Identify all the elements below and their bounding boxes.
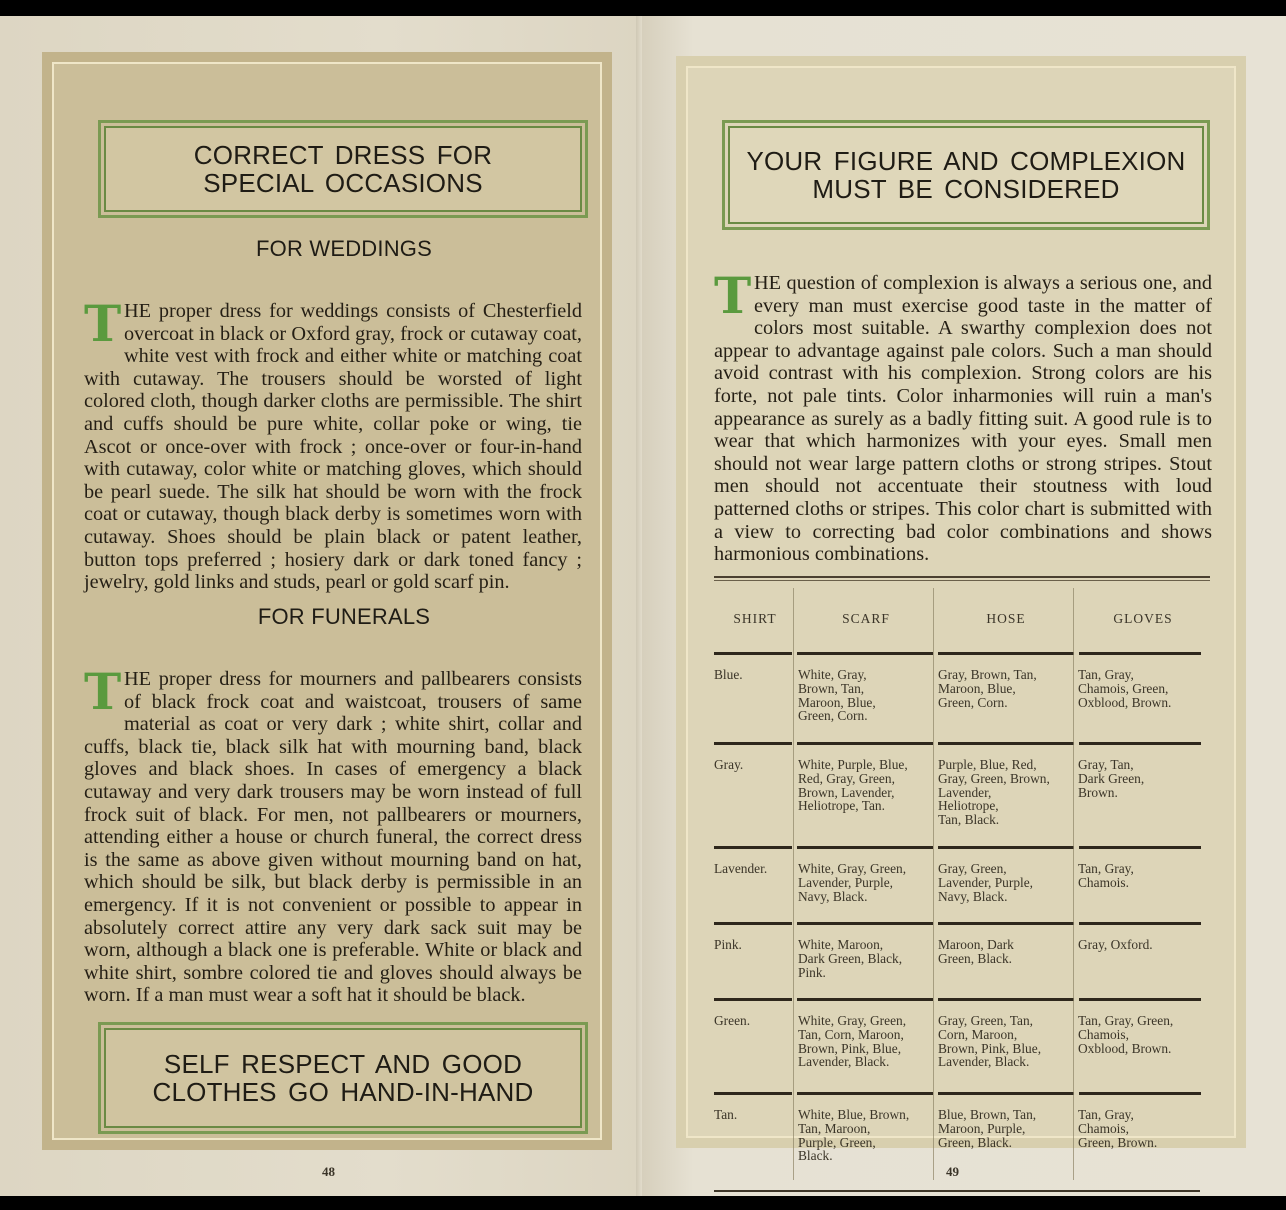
- page-title-box: YOUR FIGURE AND COMPLEXION MUST BE CONSI…: [722, 120, 1210, 230]
- cell-line: Blue, Brown, Tan,: [938, 1108, 1076, 1122]
- gloves-cell: Gray, Tan,Dark Green,Brown.: [1076, 758, 1210, 844]
- cell-line: Tan, Gray,: [1078, 1108, 1210, 1122]
- motto-line: CLOTHES GO HAND-IN-HAND: [153, 1078, 534, 1106]
- scarf-cell: White, Gray,Brown, Tan,Maroon, Blue,Gree…: [796, 668, 936, 740]
- cell-line: Gray, Tan,: [1078, 758, 1210, 772]
- cell-line: Maroon, Purple,: [938, 1122, 1076, 1136]
- cell-line: White, Gray, Green,: [798, 1014, 936, 1028]
- chart-row: Pink.White, Maroon,Dark Green, Black,Pin…: [714, 926, 1210, 996]
- cell-line: Brown, Lavender,: [798, 786, 936, 800]
- cell-line: Gray, Brown, Tan,: [938, 668, 1076, 682]
- cell-line: Dark Green, Black,: [798, 952, 936, 966]
- cell-line: Gray, Green,: [938, 862, 1076, 876]
- column-header-gloves: GLOVES: [1076, 611, 1210, 627]
- right-page: YOUR FIGURE AND COMPLEXION MUST BE CONSI…: [642, 16, 1286, 1196]
- color-chart: SHIRT SCARF HOSE GLOVES Blue.White, Gray…: [714, 588, 1210, 1192]
- chart-row: Green.White, Gray, Green,Tan, Corn, Maro…: [714, 1002, 1210, 1090]
- drop-cap: T: [84, 304, 120, 348]
- cell-line: White, Purple, Blue,: [798, 758, 936, 772]
- shirt-cell: Blue.: [714, 668, 796, 740]
- cell-line: Navy, Black.: [798, 890, 936, 904]
- cell-line: Corn, Maroon,: [938, 1028, 1076, 1042]
- drop-cap: T: [714, 276, 750, 320]
- cell-line: Oxblood, Brown.: [1078, 696, 1210, 710]
- gloves-cell: Tan, Gray,Chamois.: [1076, 862, 1210, 920]
- cell-line: Tan, Corn, Maroon,: [798, 1028, 936, 1042]
- page-title-box: CORRECT DRESS FOR SPECIAL OCCASIONS: [98, 120, 588, 218]
- cell-line: Purple, Green,: [798, 1136, 936, 1150]
- cell-line: Maroon, Dark: [938, 938, 1076, 952]
- right-page-panel: YOUR FIGURE AND COMPLEXION MUST BE CONSI…: [676, 56, 1246, 1148]
- cell-line: Lavender, Purple,: [798, 876, 936, 890]
- page-title-line: YOUR FIGURE AND COMPLEXION: [746, 147, 1185, 175]
- shirt-cell: Lavender.: [714, 862, 796, 920]
- cell-line: Tan, Gray, Green,: [1078, 1014, 1210, 1028]
- motto-line: SELF RESPECT AND GOOD: [164, 1050, 522, 1078]
- cell-line: Lavender, Black.: [798, 1055, 936, 1069]
- cell-line: Green, Black.: [938, 952, 1076, 966]
- cell-line: Maroon, Blue,: [798, 696, 936, 710]
- cell-line: Brown.: [1078, 786, 1210, 800]
- cell-line: White, Gray, Green,: [798, 862, 936, 876]
- gloves-cell: Tan, Gray,Chamois,Green, Brown.: [1076, 1108, 1210, 1180]
- chart-row: Blue.White, Gray,Brown, Tan,Maroon, Blue…: [714, 656, 1210, 740]
- cell-line: Lavender, Purple,: [938, 876, 1076, 890]
- gloves-cell: Tan, Gray, Green,Chamois,Oxblood, Brown.: [1076, 1014, 1210, 1090]
- scarf-cell: White, Gray, Green,Lavender, Purple,Navy…: [796, 862, 936, 920]
- cell-line: White, Maroon,: [798, 938, 936, 952]
- cell-line: Gray, Green, Tan,: [938, 1014, 1076, 1028]
- chart-row: Gray.White, Purple, Blue,Red, Gray, Gree…: [714, 746, 1210, 844]
- color-chart-table: SHIRT SCARF HOSE GLOVES Blue.White, Gray…: [714, 588, 1210, 1192]
- paragraph-text: HE proper dress for weddings consists of…: [84, 300, 582, 593]
- cell-line: Chamois, Green,: [1078, 682, 1210, 696]
- cell-line: Pink.: [798, 966, 936, 980]
- cell-line: Tan, Maroon,: [798, 1122, 936, 1136]
- cell-line: Dark Green,: [1078, 772, 1210, 786]
- color-chart-body: Blue.White, Gray,Brown, Tan,Maroon, Blue…: [714, 652, 1210, 1180]
- weddings-paragraph: THE proper dress for weddings consists o…: [84, 300, 582, 594]
- column-header-shirt: SHIRT: [714, 611, 796, 627]
- cell-line: Chamois,: [1078, 1122, 1210, 1136]
- cell-line: Gray, Green, Brown,: [938, 772, 1076, 786]
- shirt-cell: Green.: [714, 1014, 796, 1090]
- page-number: 48: [322, 1164, 335, 1180]
- cell-line: Brown, Pink, Blue,: [798, 1042, 936, 1056]
- cell-line: Black.: [798, 1149, 936, 1163]
- scarf-cell: White, Blue, Brown,Tan, Maroon,Purple, G…: [796, 1108, 936, 1180]
- cell-line: Green, Corn.: [938, 696, 1076, 710]
- gloves-cell: Gray, Oxford.: [1076, 938, 1210, 996]
- gloves-cell: Tan, Gray,Chamois, Green,Oxblood, Brown.: [1076, 668, 1210, 740]
- shirt-cell: Gray.: [714, 758, 796, 844]
- cell-line: Red, Gray, Green,: [798, 772, 936, 786]
- hose-cell: Purple, Blue, Red,Gray, Green, Brown,Lav…: [936, 758, 1076, 844]
- cell-line: Green, Corn.: [798, 709, 936, 723]
- hose-cell: Gray, Brown, Tan,Maroon, Blue,Green, Cor…: [936, 668, 1076, 740]
- cell-line: Oxblood, Brown.: [1078, 1042, 1210, 1056]
- cell-line: Heliotrope, Tan.: [798, 799, 936, 813]
- cell-line: Heliotrope,: [938, 799, 1076, 813]
- color-chart-header: SHIRT SCARF HOSE GLOVES: [714, 588, 1210, 650]
- paragraph-text: HE question of complexion is always a se…: [714, 272, 1212, 565]
- cell-line: Tan, Gray,: [1078, 668, 1210, 682]
- scarf-cell: White, Purple, Blue,Red, Gray, Green,Bro…: [796, 758, 936, 844]
- cell-line: Purple, Blue, Red,: [938, 758, 1076, 772]
- cell-line: Green, Black.: [938, 1136, 1076, 1150]
- scarf-cell: White, Gray, Green,Tan, Corn, Maroon,Bro…: [796, 1014, 936, 1090]
- shirt-cell: Pink.: [714, 938, 796, 996]
- section-heading-funerals: FOR FUNERALS: [94, 604, 594, 630]
- column-header-scarf: SCARF: [796, 611, 936, 627]
- chart-bottom-rule: [714, 1190, 1200, 1192]
- cell-line: Tan, Gray,: [1078, 862, 1210, 876]
- hose-cell: Gray, Green,Lavender, Purple,Navy, Black…: [936, 862, 1076, 920]
- drop-cap: T: [84, 672, 120, 716]
- cell-line: Gray, Oxford.: [1078, 938, 1210, 952]
- section-heading-weddings: FOR WEDDINGS: [94, 236, 594, 262]
- chart-row: Tan.White, Blue, Brown,Tan, Maroon,Purpl…: [714, 1096, 1210, 1180]
- cell-line: White, Blue, Brown,: [798, 1108, 936, 1122]
- chart-row: Lavender.White, Gray, Green,Lavender, Pu…: [714, 850, 1210, 920]
- cell-line: Brown, Tan,: [798, 682, 936, 696]
- page-title-line: MUST BE CONSIDERED: [812, 175, 1119, 203]
- column-separator: [1073, 588, 1074, 1180]
- cell-line: Tan, Black.: [938, 813, 1076, 827]
- cell-line: Green, Brown.: [1078, 1136, 1210, 1150]
- left-page-panel: CORRECT DRESS FOR SPECIAL OCCASIONS FOR …: [42, 52, 612, 1150]
- shirt-cell: Tan.: [714, 1108, 796, 1180]
- page-number: 49: [946, 1164, 959, 1180]
- hose-cell: Maroon, DarkGreen, Black.: [936, 938, 1076, 996]
- page-title-line: CORRECT DRESS FOR: [194, 141, 492, 169]
- column-separator: [933, 588, 934, 1180]
- cell-line: Lavender,: [938, 786, 1076, 800]
- book-spread: CORRECT DRESS FOR SPECIAL OCCASIONS FOR …: [0, 16, 1286, 1196]
- funerals-paragraph: THE proper dress for mourners and pallbe…: [84, 668, 582, 1007]
- divider-rule: [714, 576, 1210, 581]
- cell-line: Lavender, Black.: [938, 1055, 1076, 1069]
- scarf-cell: White, Maroon,Dark Green, Black,Pink.: [796, 938, 936, 996]
- cell-line: Brown, Pink, Blue,: [938, 1042, 1076, 1056]
- column-separator: [793, 588, 794, 1180]
- hose-cell: Gray, Green, Tan,Corn, Maroon,Brown, Pin…: [936, 1014, 1076, 1090]
- page-title-line: SPECIAL OCCASIONS: [203, 169, 483, 197]
- cell-line: Maroon, Blue,: [938, 682, 1076, 696]
- cell-line: Chamois,: [1078, 1028, 1210, 1042]
- cell-line: Navy, Black.: [938, 890, 1076, 904]
- cell-line: Chamois.: [1078, 876, 1210, 890]
- paragraph-text: HE proper dress for mourners and pallbea…: [84, 668, 582, 1006]
- complexion-paragraph: THE question of complexion is always a s…: [714, 272, 1212, 566]
- cell-line: White, Gray,: [798, 668, 936, 682]
- motto-box: SELF RESPECT AND GOOD CLOTHES GO HAND-IN…: [98, 1022, 588, 1134]
- column-header-hose: HOSE: [936, 611, 1076, 627]
- left-page: CORRECT DRESS FOR SPECIAL OCCASIONS FOR …: [0, 16, 642, 1196]
